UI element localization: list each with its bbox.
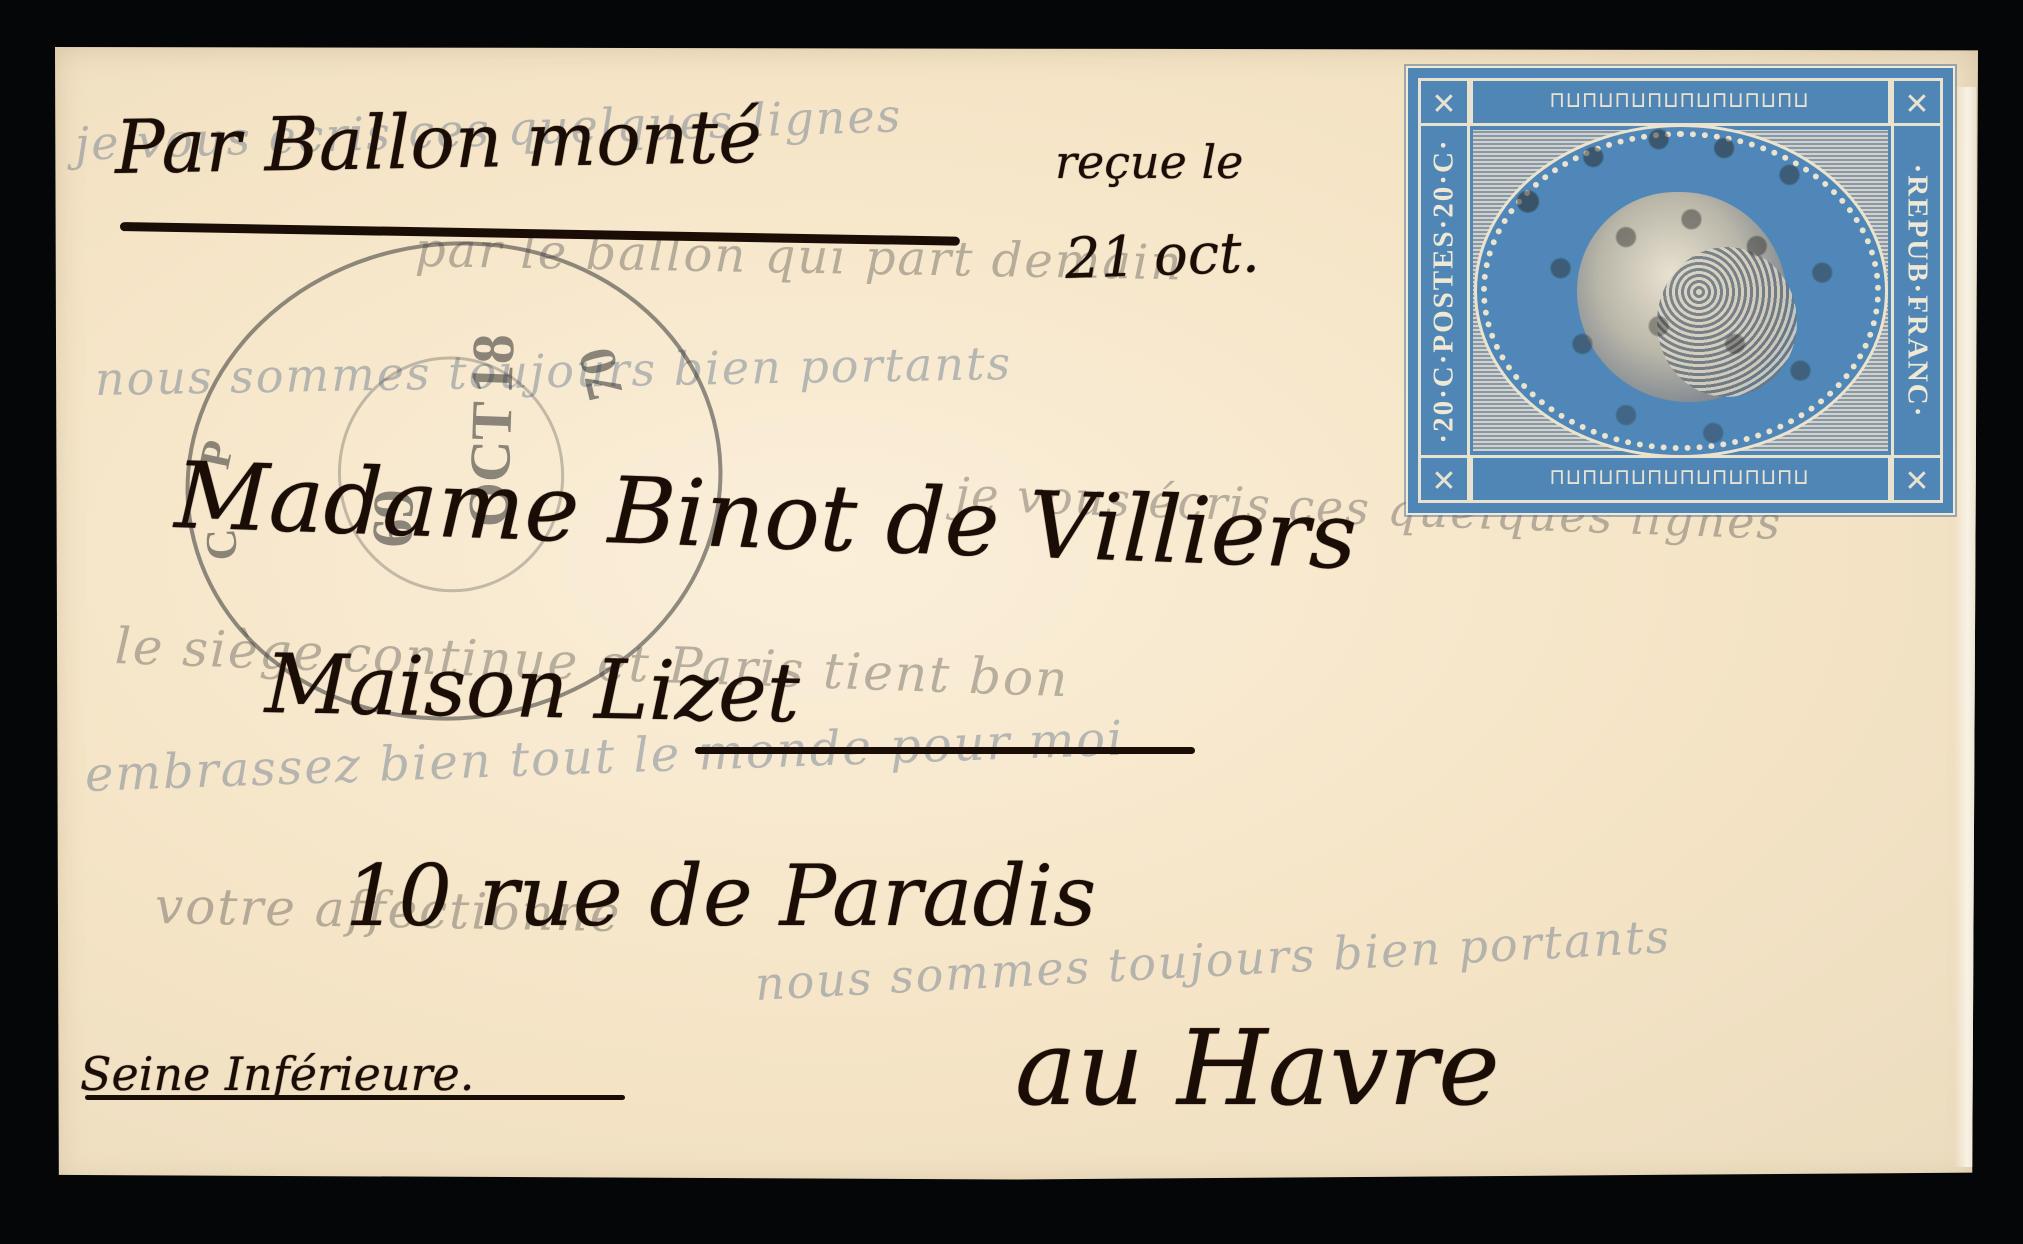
- route-note-par-ballon-monte: Par Ballon monté: [114, 94, 762, 191]
- address-line-city: au Havre: [1015, 1007, 1500, 1129]
- postage-stamp-ceres-20c: ⊓⊔⊓⊔⊓⊔⊓⊔⊓⊔⊓⊔⊓⊔⊓⊔ ⊓⊔⊓⊔⊓⊔⊓⊔⊓⊔⊓⊔⊓⊔⊓⊔ ✕ ✕ ✕ …: [1408, 68, 1953, 513]
- address-underline: [695, 747, 1195, 754]
- address-line-department: Seine Inférieure.: [80, 1047, 474, 1101]
- postmark-day: 18: [458, 333, 529, 395]
- receipt-note-line1: reçue le: [1055, 135, 1243, 189]
- postmark-year: 70: [567, 342, 636, 406]
- address-line-street: 10 rue de Paradis: [345, 847, 1096, 945]
- envelope-edge: [1954, 87, 1976, 1167]
- receipt-note-line2: 21 oct.: [1064, 220, 1261, 292]
- department-underline: [85, 1095, 625, 1100]
- address-line-maison: Maison Lizet: [264, 637, 800, 741]
- dotted-cancellation-mark: [1408, 68, 1953, 513]
